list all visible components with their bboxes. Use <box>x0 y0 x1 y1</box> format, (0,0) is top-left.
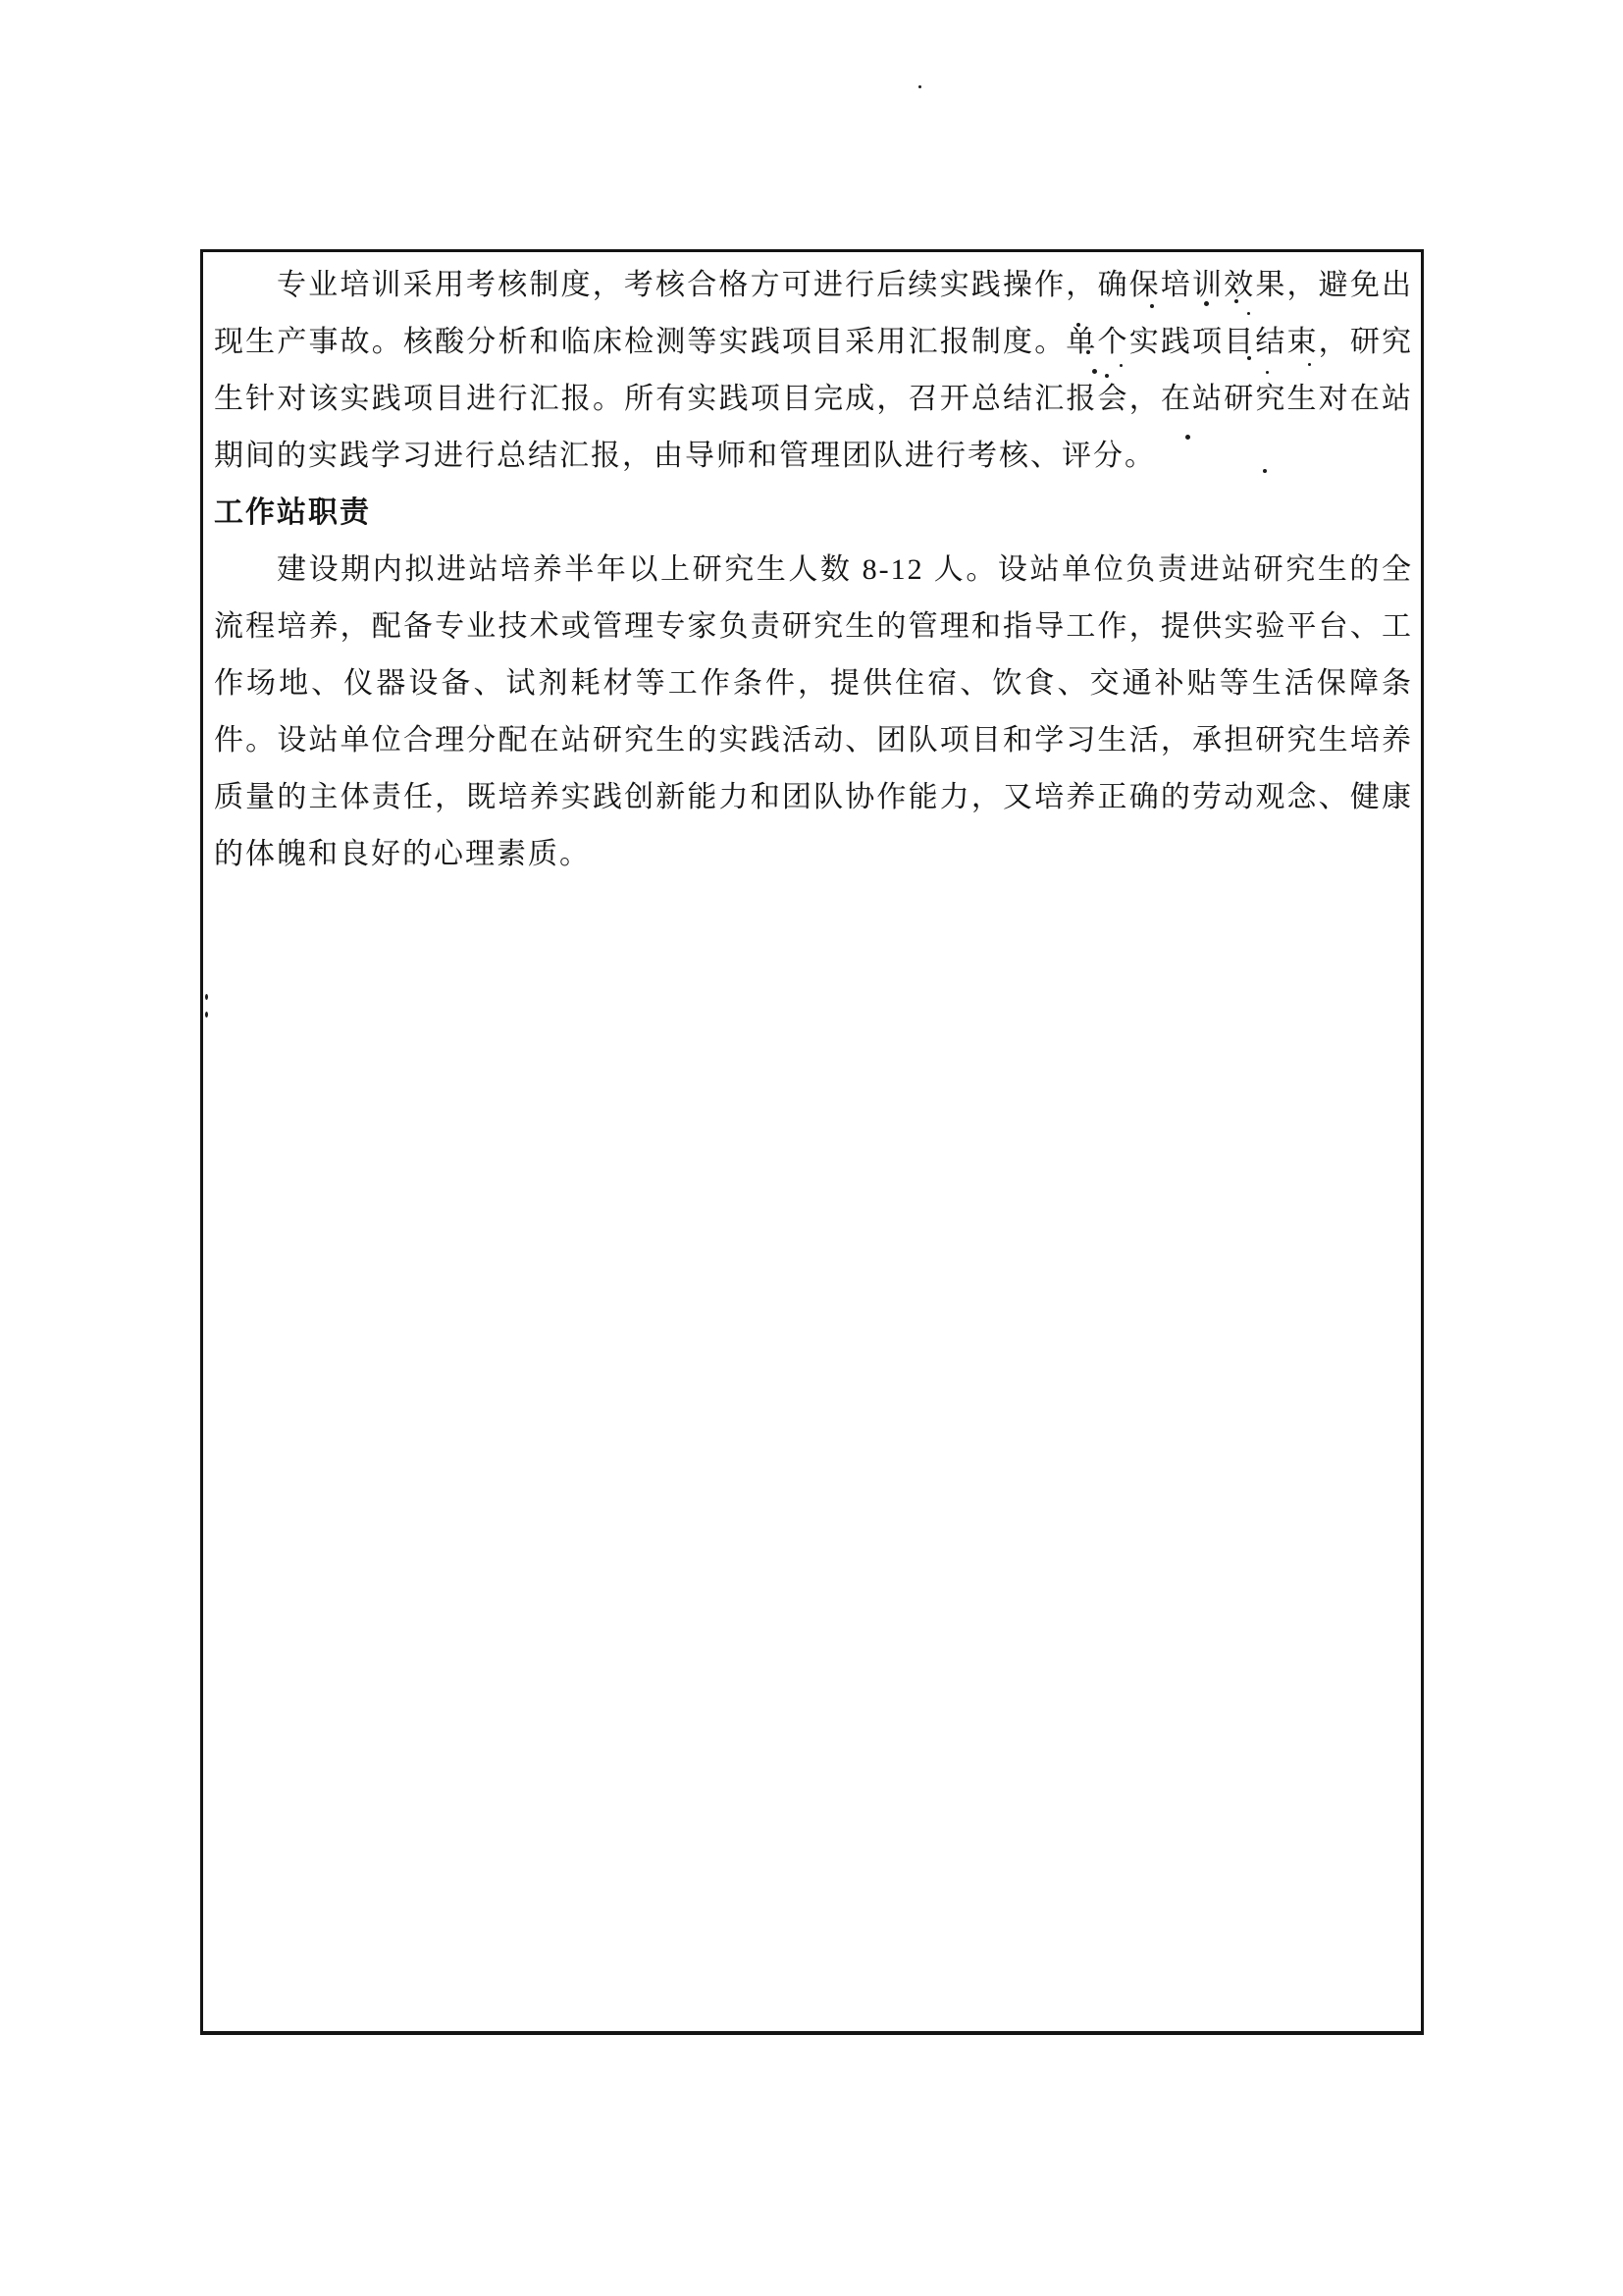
scan-speck <box>1308 363 1311 366</box>
scan-speck <box>1263 469 1267 473</box>
table-cell: 专业培训采用考核制度，考核合格方可进行后续实践操作，确保培训效果，避免出现生产事… <box>200 249 1424 2035</box>
scan-speck <box>1150 304 1154 308</box>
scan-speck <box>1266 371 1269 374</box>
scan-speck <box>1247 356 1251 360</box>
scan-speck <box>1086 350 1090 354</box>
scan-speck <box>1185 435 1190 440</box>
scan-speck <box>1076 323 1080 327</box>
body-paragraph-training-assessment: 专业培训采用考核制度，考核合格方可进行后续实践操作，确保培训效果，避免出现生产事… <box>214 257 1413 485</box>
scan-speck <box>205 994 208 1000</box>
scan-speck <box>1092 369 1097 374</box>
scan-speck <box>1210 284 1213 287</box>
scan-speck <box>918 85 921 88</box>
scan-speck <box>205 1012 208 1018</box>
scan-speck <box>1105 374 1109 378</box>
scan-speck <box>1120 364 1123 367</box>
scan-speck <box>1247 312 1250 315</box>
body-paragraph-workstation-duties: 建设期内拟进站培养半年以上研究生人数 8-12 人。设站单位负责进站研究生的全流… <box>214 542 1413 883</box>
scan-speck <box>1204 301 1209 306</box>
scanned-page: 专业培训采用考核制度，考核合格方可进行后续实践操作，确保培训效果，避免出现生产事… <box>0 0 1623 2296</box>
section-heading-workstation-duties: 工作站职责 <box>214 485 1413 542</box>
scan-speck <box>1234 299 1238 303</box>
